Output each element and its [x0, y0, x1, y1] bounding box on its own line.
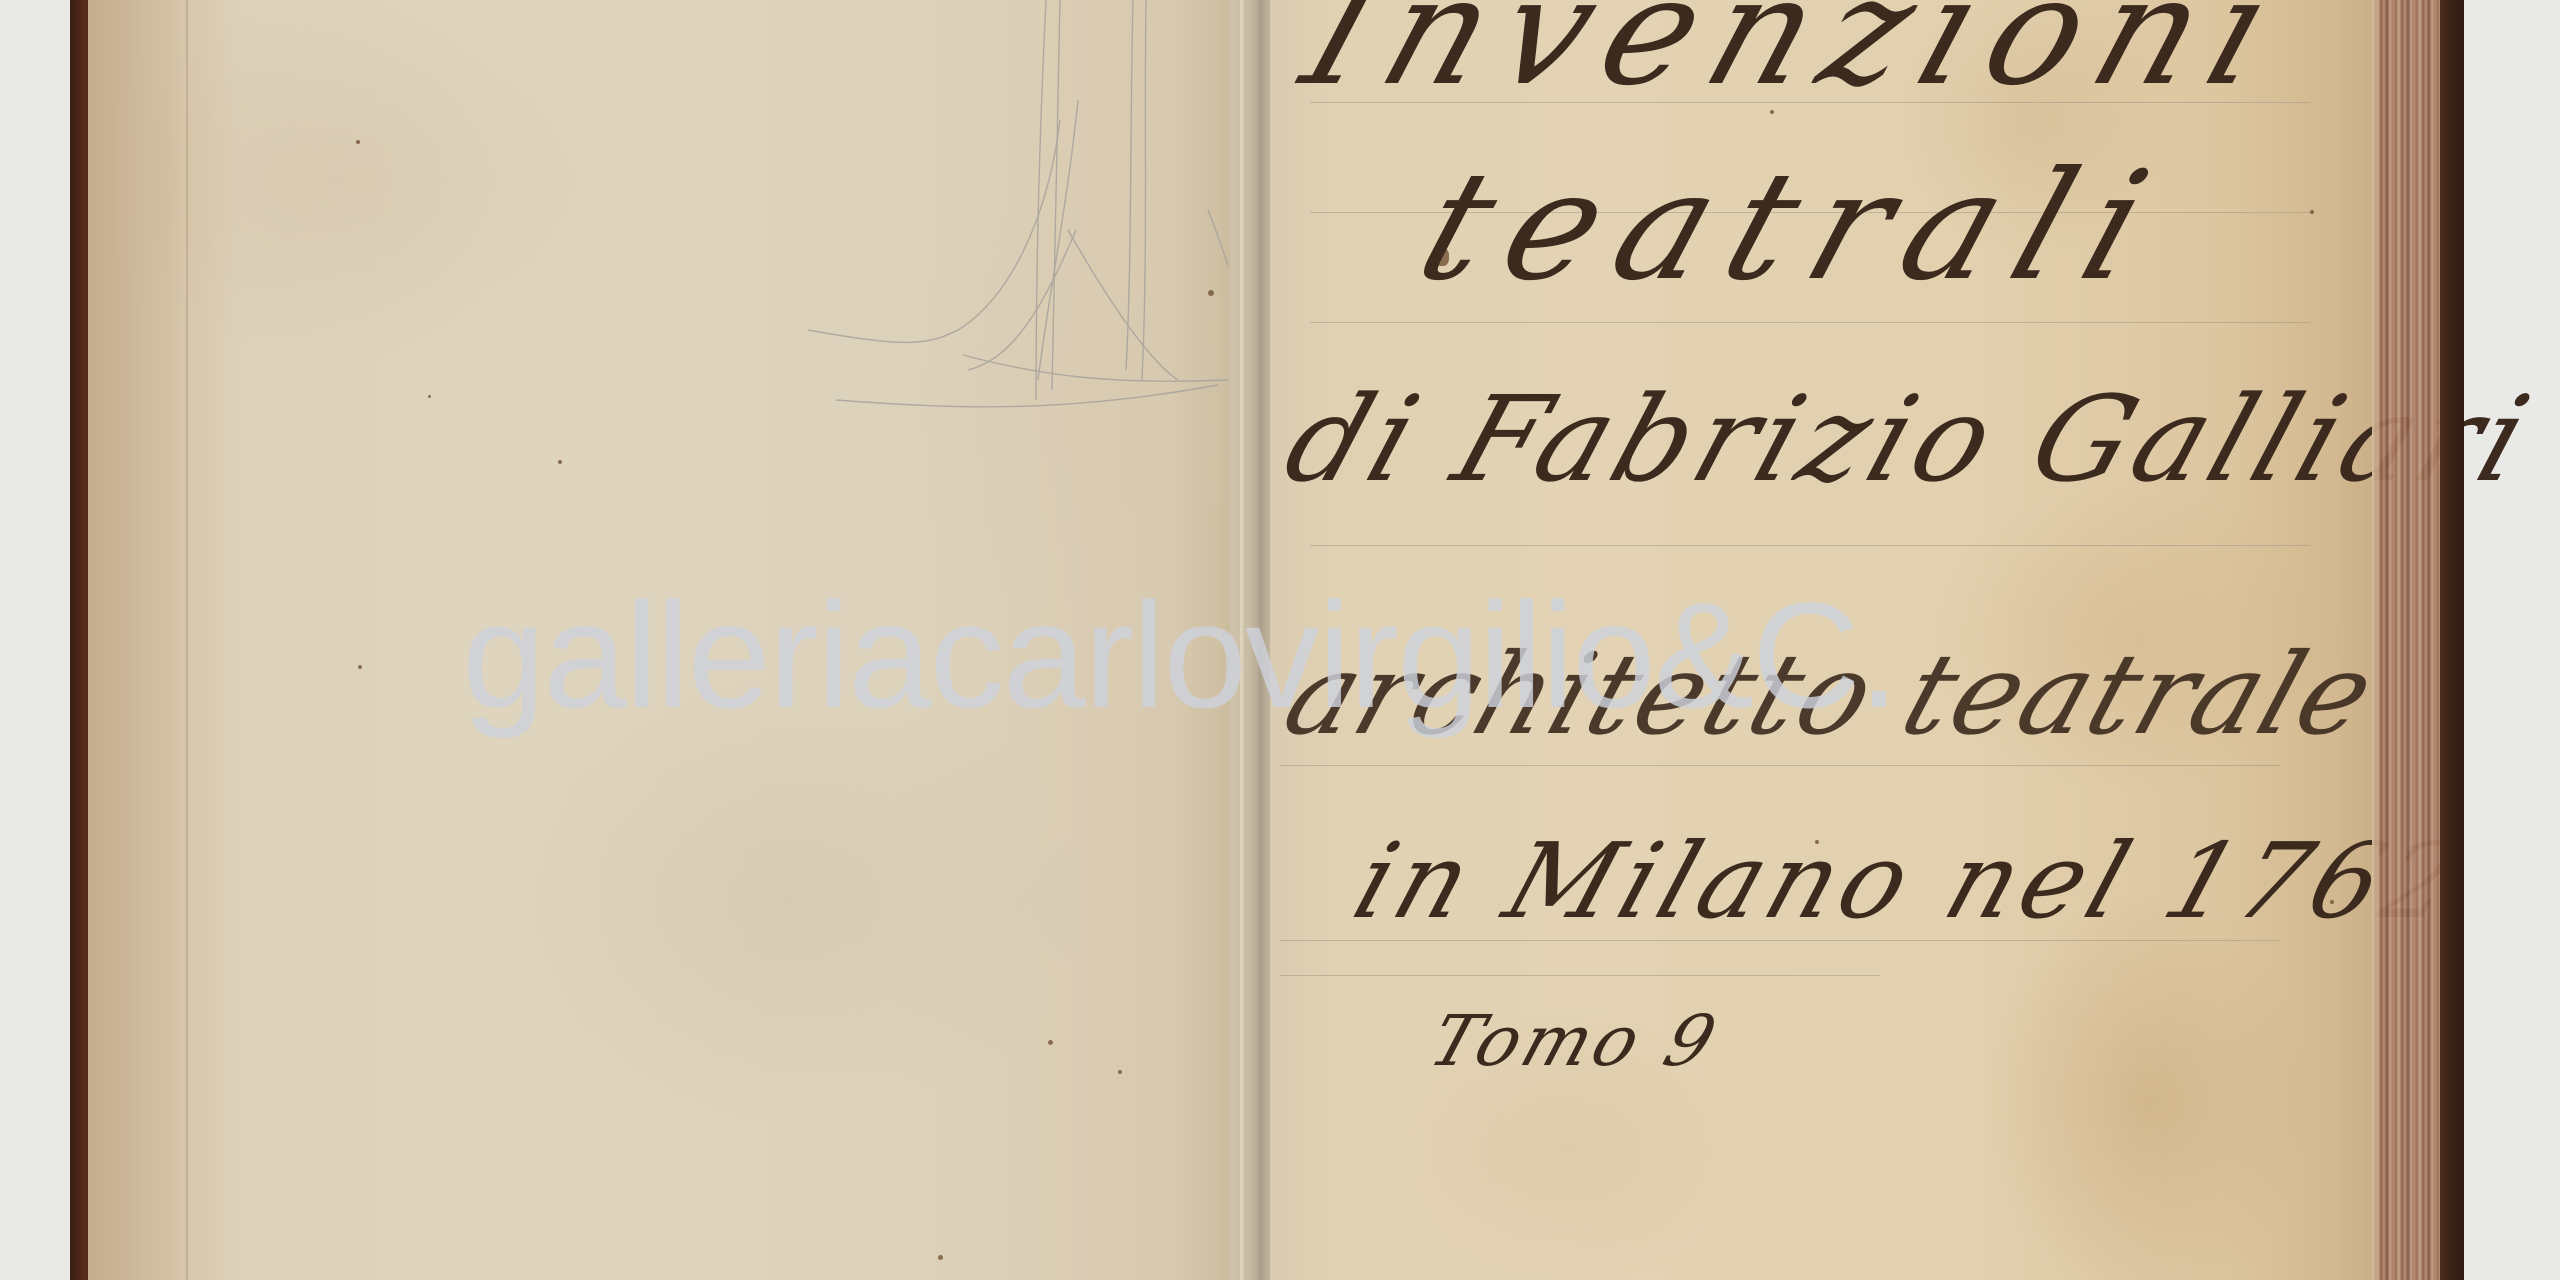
page-stack-fore-edge: [2372, 0, 2442, 1280]
watermark-text: galleriacarlovirgilio&C.: [462, 580, 1898, 730]
ruled-line: [1310, 545, 2310, 546]
ink-speck: [938, 1255, 943, 1260]
title-line-volume: Tomo 9: [1420, 1000, 1729, 1082]
ink-speck: [2310, 210, 2314, 214]
title-line-teatrali: teatrali: [1400, 140, 2188, 314]
ink-speck: [428, 395, 431, 398]
ruled-line: [1280, 975, 1880, 976]
title-line-author: di Fabrizio Galliari: [1270, 370, 2550, 508]
ruled-line: [1280, 765, 2280, 766]
ruled-line: [1310, 322, 2310, 323]
binding-fold-line: [186, 0, 188, 1280]
pencil-sketch-icon: [808, 0, 1228, 420]
ink-speck: [1048, 1040, 1053, 1045]
ink-speck: [358, 665, 362, 669]
ink-speck: [558, 460, 562, 464]
binding-fold-strip: [88, 0, 188, 1280]
title-line-invenzioni: Invenzioni: [1285, 0, 2309, 119]
ink-speck: [356, 140, 360, 144]
ink-speck: [1118, 1070, 1122, 1074]
manuscript-spread: Invenzioni teatrali di Fabrizio Galliari…: [0, 0, 2560, 1280]
book-cover-right-edge: [2440, 0, 2464, 1280]
ink-speck: [1208, 290, 1214, 296]
title-line-place-date: in Milano nel 1762: [1340, 820, 2478, 942]
